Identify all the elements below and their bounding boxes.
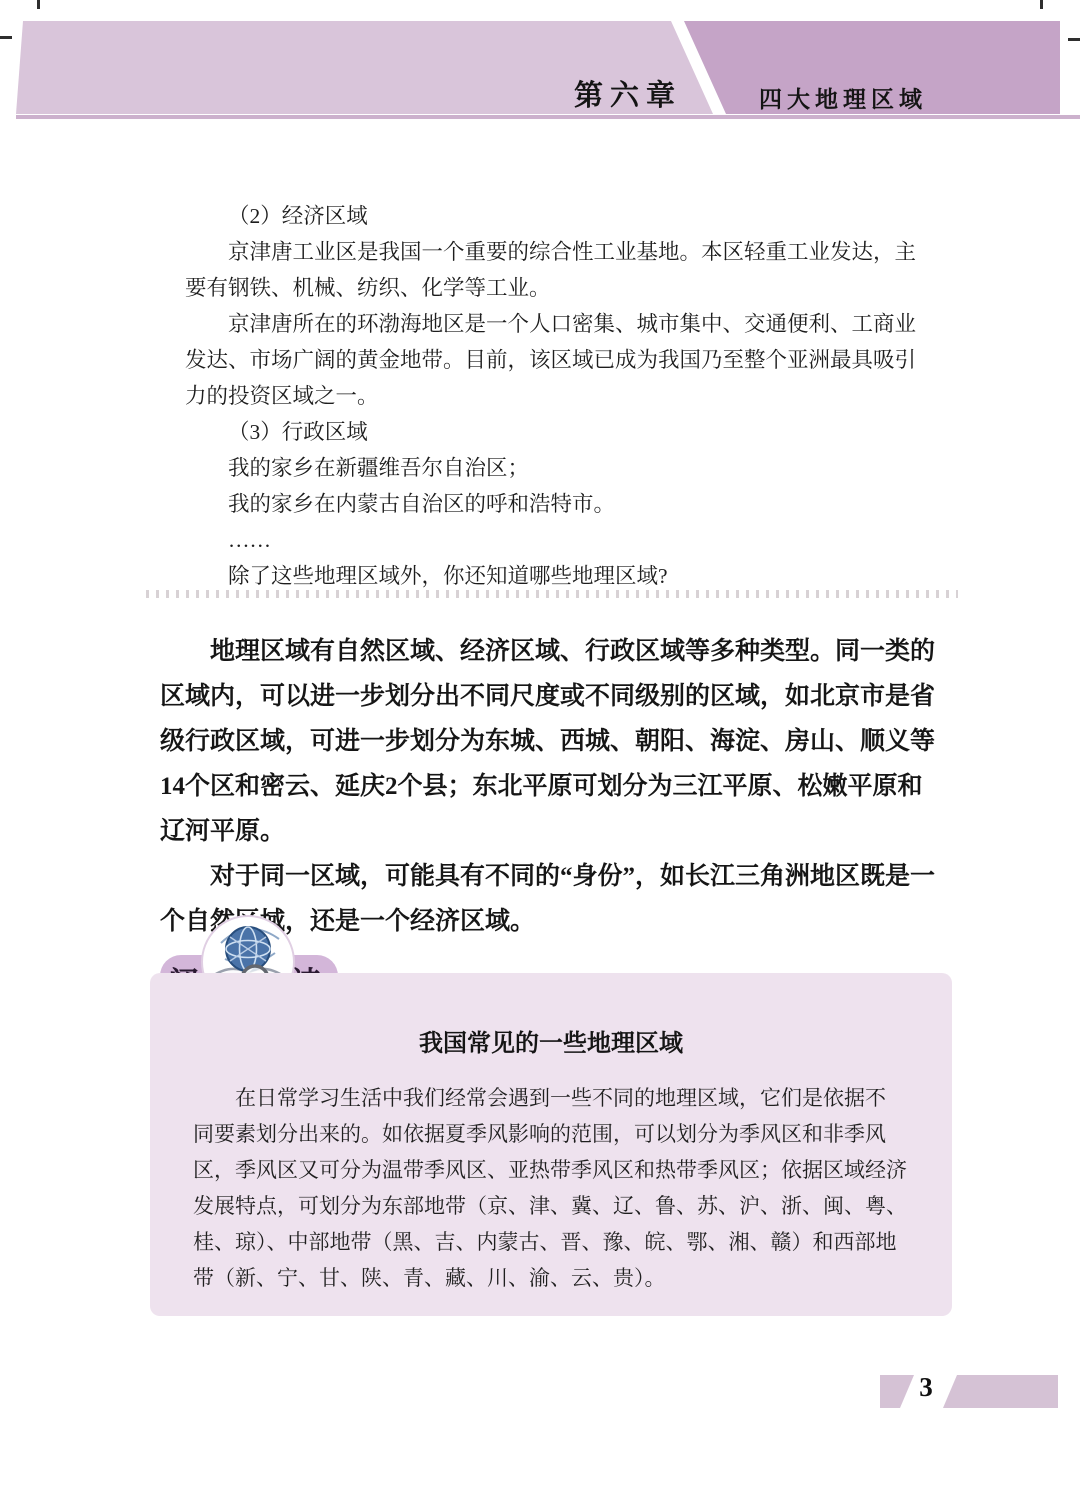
ellipsis-line: …… xyxy=(185,522,933,558)
economic-region-paragraph-1: 京津唐工业区是我国一个重要的综合性工业基地。本区轻重工业发达，主 要有钢铁、机械… xyxy=(185,234,933,306)
reading-box-title: 我国常见的一些地理区域 xyxy=(150,1023,952,1058)
crop-mark-top-right-vertical xyxy=(1040,0,1043,9)
hometown-line-2: 我的家乡在内蒙古自治区的呼和浩特市。 xyxy=(185,486,933,522)
main-text-block: 地理区域有自然区域、经济区域、行政区域等多种类型。同一类的 区域内，可以进一步划… xyxy=(160,629,956,944)
banner-underline xyxy=(16,115,1080,119)
crop-mark-top-right-horizontal xyxy=(1068,38,1080,41)
dotted-divider xyxy=(146,590,958,598)
textbook-page: 第六章 四大地理区域 （2）经济区域 京津唐工业区是我国一个重要的综合性工业基地… xyxy=(0,0,1080,1493)
region-types-paragraph: 地理区域有自然区域、经济区域、行政区域等多种类型。同一类的 区域内，可以进一步划… xyxy=(160,629,956,854)
page-number: 3 xyxy=(906,1372,946,1403)
footer-band-right xyxy=(943,1375,1058,1408)
reading-box-body: 在日常学习生活中我们经常会遇到一些不同的地理区域，它们是依据不 同要素划分出来的… xyxy=(193,1080,938,1296)
economic-region-paragraph-2: 京津唐所在的环渤海地区是一个人口密集、城市集中、交通便利、工商业 发达、市场广阔… xyxy=(185,306,933,414)
crop-mark-top-left-horizontal xyxy=(0,36,12,39)
economic-region-heading: （2）经济区域 xyxy=(185,198,933,234)
chapter-banner: 第六章 四大地理区域 xyxy=(16,21,1060,114)
activity-text-block: （2）经济区域 京津唐工业区是我国一个重要的综合性工业基地。本区轻重工业发达，主… xyxy=(185,198,933,594)
question-line: 除了这些地理区域外，你还知道哪些地理区域? xyxy=(185,558,933,594)
reading-box: 我国常见的一些地理区域 在日常学习生活中我们经常会遇到一些不同的地理区域，它们是… xyxy=(150,973,952,1316)
chapter-title: 四大地理区域 xyxy=(759,81,927,114)
administrative-region-heading: （3）行政区域 xyxy=(185,414,933,450)
crop-mark-top-left-vertical xyxy=(37,0,40,9)
hometown-line-1: 我的家乡在新疆维吾尔自治区； xyxy=(185,450,933,486)
chapter-number-label: 第六章 xyxy=(574,73,682,114)
